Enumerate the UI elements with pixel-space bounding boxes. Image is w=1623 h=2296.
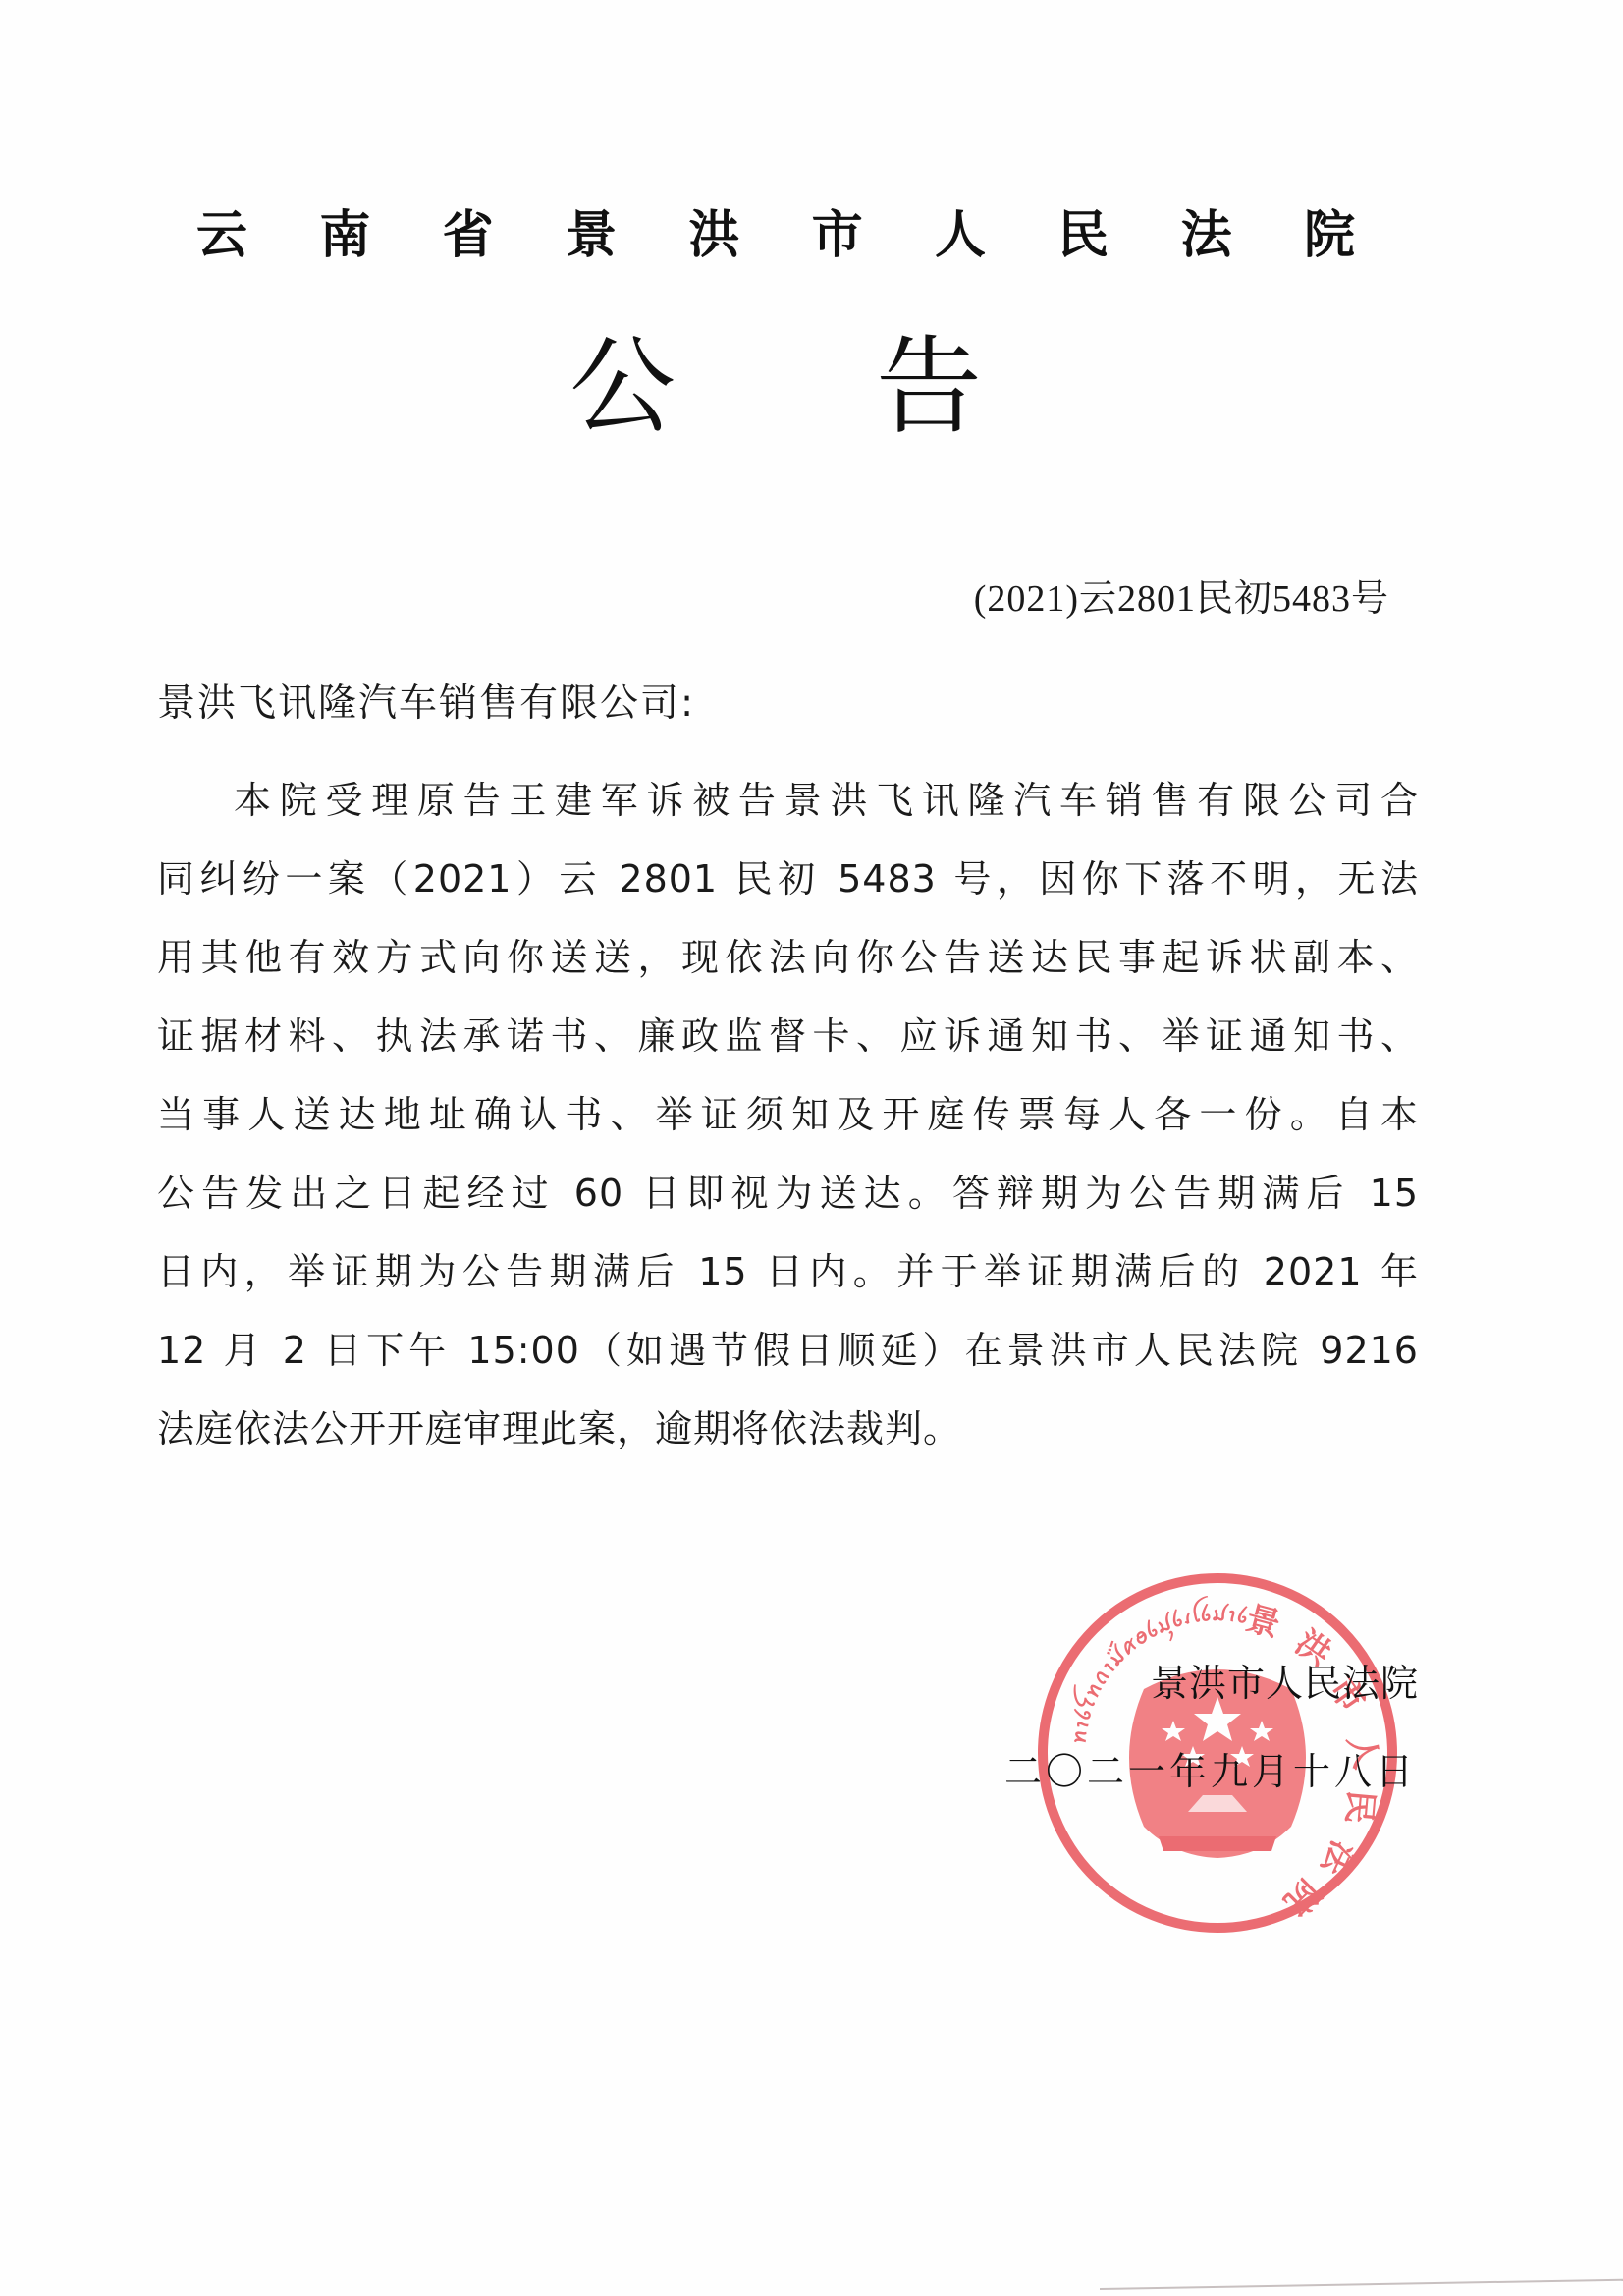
body-line: 同纠纷一案（2021）云 2801 民初 5483 号，因你下落不明，无法 [157,852,1419,905]
document-page: 云 南 省 景 洪 市 人 民 法 院 公 告 (2021)云2801民初548… [0,0,1623,2296]
document-title: 公 告 [569,324,982,452]
body-line: 证据材料、执法承诺书、廉政监督卡、应诉通知书、举证通知书、 [157,1010,1419,1063]
court-name-char: 省 [443,201,494,270]
court-name-header: 云 南 省 景 洪 市 人 民 法 院 [196,201,1355,270]
svg-text:法: 法 [1313,1834,1363,1883]
title-char: 公 [569,324,676,452]
court-name-char: 人 [935,201,986,270]
court-name-char: 法 [1181,201,1232,270]
court-name-char: 云 [196,201,247,270]
body-line: 日内，举证期为公告期满后 15 日内。并于举证期满后的 2021 年 [157,1245,1419,1298]
court-name-char: 院 [1304,201,1355,270]
court-name-char: 洪 [688,201,739,270]
body-line: 公告发出之日起经过 60 日即视为送达。答辩期为公告期满后 15 [157,1167,1419,1220]
addressee: 景洪飞讯隆汽车销售有限公司: [157,678,695,731]
court-name-char: 景 [566,201,617,270]
body-line: 用其他有效方式向你送送，现依法向你公告送达民事起诉状副本、 [157,931,1419,984]
title-char: 告 [876,324,982,452]
court-name-char: 民 [1057,201,1109,270]
signing-court: 景洪市人民法院 [1151,1657,1419,1710]
court-name-char: 南 [319,201,370,270]
body-line: 本院受理原告王建军诉被告景洪飞讯隆汽车销售有限公司合 [157,774,1419,827]
scan-edge-line [1100,2279,1623,2290]
body-line: 12 月 2 日下午 15:00（如遇节假日顺延）在景洪市人民法院 9216 [157,1324,1419,1377]
body-line: 法庭依法公开开庭审理此案，逾期将依法裁判。 [157,1402,1419,1455]
body-line: 当事人送达地址确认书、举证须知及开庭传票每人各一份。自本 [157,1088,1419,1141]
signing-date: 二〇二一年九月十八日 [1004,1745,1417,1798]
case-number: (2021)云2801民初5483号 [974,574,1389,624]
court-name-char: 市 [812,201,863,270]
